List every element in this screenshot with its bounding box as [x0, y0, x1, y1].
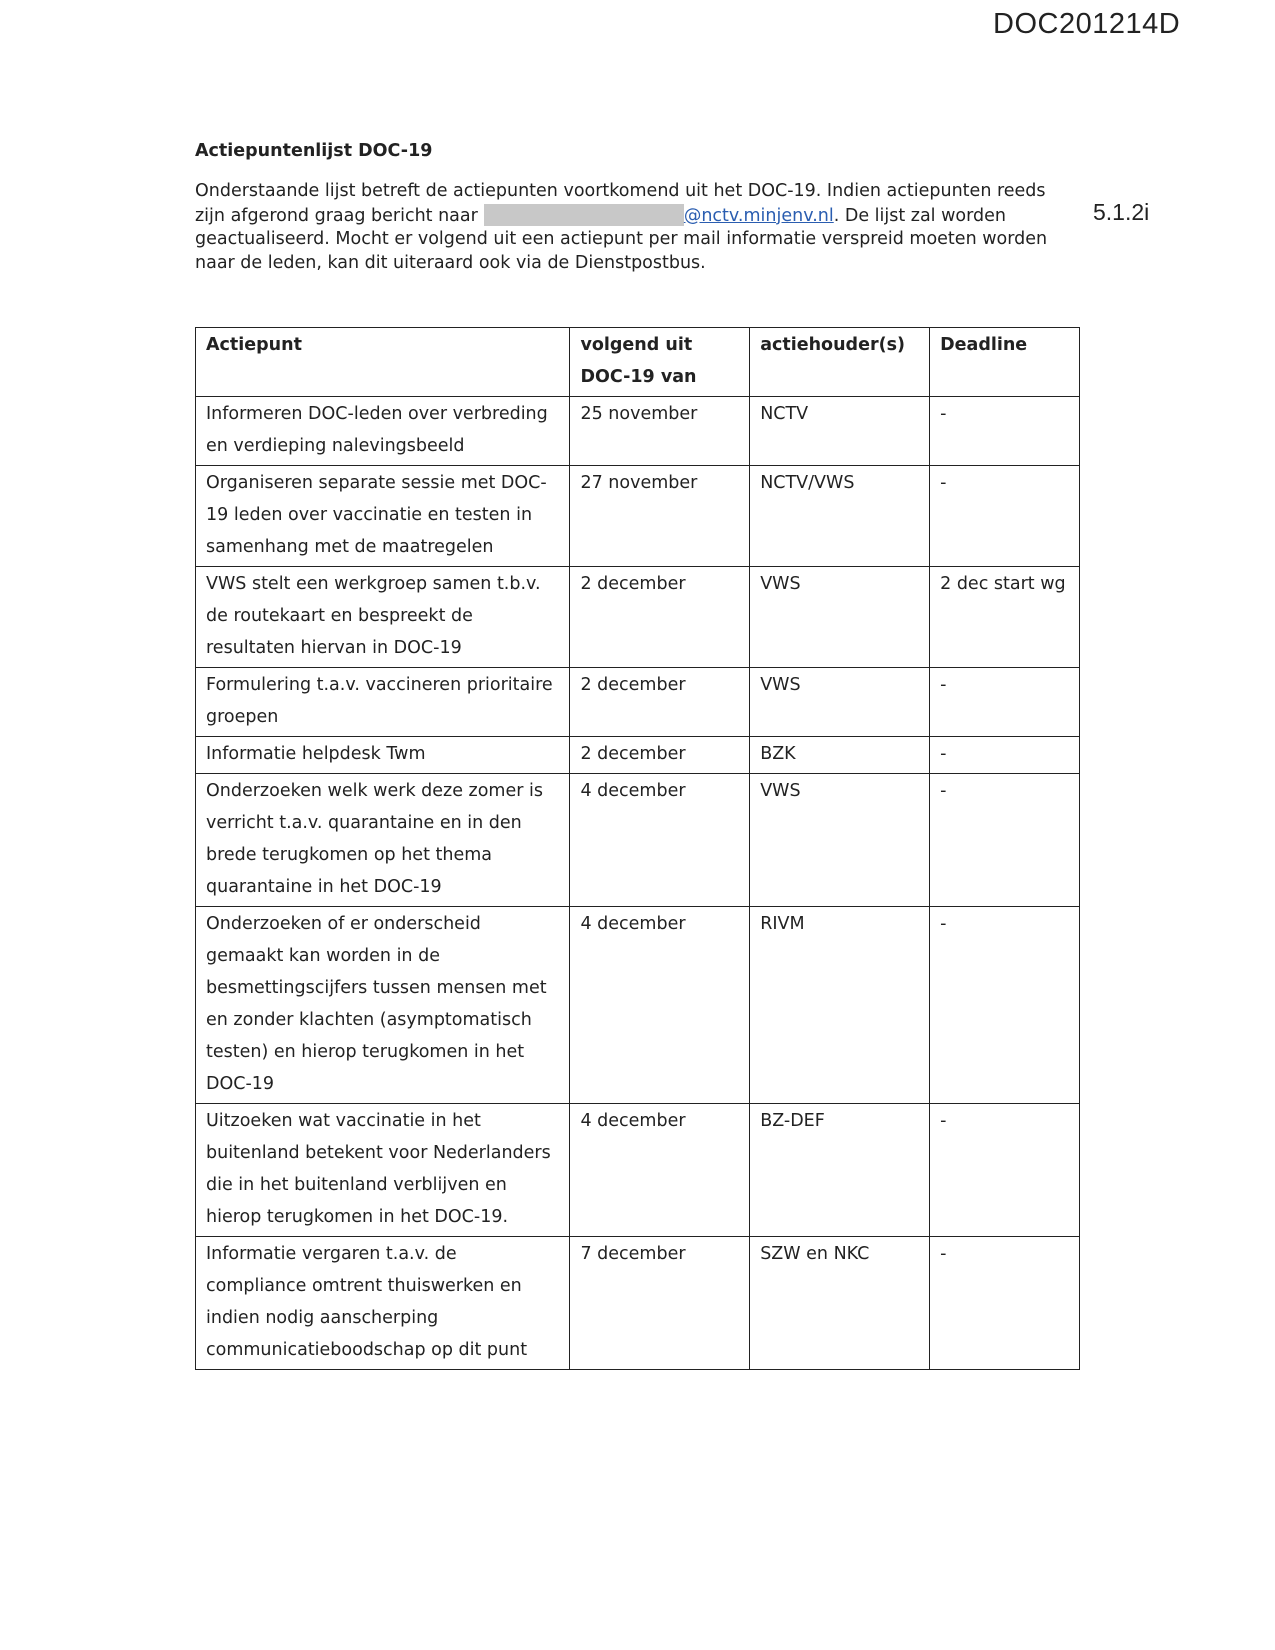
column-header-actiepunt: Actiepunt [196, 328, 570, 397]
cell-deadline: - [930, 668, 1080, 737]
cell-actiehouder: BZ-DEF [750, 1104, 930, 1237]
email-link[interactable]: @nctv.minjenv.nl [684, 206, 834, 226]
cell-actiepunt: Onderzoeken welk werk deze zomer is verr… [196, 774, 570, 907]
intro-text: . De lijst zal worden [834, 206, 1006, 226]
cell-actiepunt: Informatie helpdesk Twm [196, 737, 570, 774]
cell-actiepunt: Onderzoeken of er onderscheid gemaakt ka… [196, 907, 570, 1104]
cell-actiepunt: Informatie vergaren t.a.v. de compliance… [196, 1237, 570, 1370]
cell-actiepunt: Formulering t.a.v. vaccineren prioritair… [196, 668, 570, 737]
table-row: Informeren DOC-leden over verbreding en … [196, 397, 1080, 466]
cell-deadline: - [930, 737, 1080, 774]
cell-van: 2 december [570, 668, 750, 737]
intro-paragraph: Onderstaande lijst betreft de actiepunte… [195, 180, 1075, 275]
cell-deadline: - [930, 397, 1080, 466]
cell-actiepunt: Uitzoeken wat vaccinatie in het buitenla… [196, 1104, 570, 1237]
column-header-deadline: Deadline [930, 328, 1080, 397]
cell-actiepunt: Organiseren separate sessie met DOC-19 l… [196, 466, 570, 567]
intro-line: naar de leden, kan dit uiteraard ook via… [195, 252, 1075, 276]
cell-actiepunt: VWS stelt een werkgroep samen t.b.v. de … [196, 567, 570, 668]
column-header-actiehouder: actiehouder(s) [750, 328, 930, 397]
table-row: Informatie vergaren t.a.v. de compliance… [196, 1237, 1080, 1370]
table-row: Onderzoeken welk werk deze zomer is verr… [196, 774, 1080, 907]
cell-van: 7 december [570, 1237, 750, 1370]
cell-deadline: - [930, 774, 1080, 907]
cell-actiehouder: RIVM [750, 907, 930, 1104]
table-row: Informatie helpdesk Twm2 decemberBZK- [196, 737, 1080, 774]
redaction-code: 5.1.2i [1093, 199, 1149, 226]
cell-van: 4 december [570, 1104, 750, 1237]
cell-deadline: 2 dec start wg [930, 567, 1080, 668]
cell-actiehouder: VWS [750, 774, 930, 907]
intro-line: Onderstaande lijst betreft de actiepunte… [195, 180, 1075, 204]
cell-deadline: - [930, 1237, 1080, 1370]
cell-actiehouder: VWS [750, 567, 930, 668]
cell-actiehouder: VWS [750, 668, 930, 737]
table-row: Uitzoeken wat vaccinatie in het buitenla… [196, 1104, 1080, 1237]
table-row: Onderzoeken of er onderscheid gemaakt ka… [196, 907, 1080, 1104]
action-items-table: Actiepunt volgend uit DOC-19 van actieho… [195, 327, 1080, 1370]
cell-van: 25 november [570, 397, 750, 466]
intro-text: zijn afgerond graag bericht naar [195, 206, 478, 226]
cell-actiehouder: SZW en NKC [750, 1237, 930, 1370]
cell-van: 27 november [570, 466, 750, 567]
table-row: Formulering t.a.v. vaccineren prioritair… [196, 668, 1080, 737]
document-id: DOC201214D [993, 8, 1180, 41]
cell-actiehouder: NCTV/VWS [750, 466, 930, 567]
table-row: VWS stelt een werkgroep samen t.b.v. de … [196, 567, 1080, 668]
cell-deadline: - [930, 466, 1080, 567]
table-row: Organiseren separate sessie met DOC-19 l… [196, 466, 1080, 567]
cell-van: 2 december [570, 567, 750, 668]
cell-deadline: - [930, 1104, 1080, 1237]
cell-actiehouder: NCTV [750, 397, 930, 466]
table-header-row: Actiepunt volgend uit DOC-19 van actieho… [196, 328, 1080, 397]
cell-van: 4 december [570, 774, 750, 907]
redacted-block [484, 204, 684, 226]
cell-van: 2 december [570, 737, 750, 774]
cell-actiepunt: Informeren DOC-leden over verbreding en … [196, 397, 570, 466]
intro-line: zijn afgerond graag bericht naar@nctv.mi… [195, 204, 1075, 229]
column-header-van: volgend uit DOC-19 van [570, 328, 750, 397]
cell-deadline: - [930, 907, 1080, 1104]
page-title: Actiepuntenlijst DOC-19 [195, 141, 432, 161]
intro-line: geactualiseerd. Mocht er volgend uit een… [195, 228, 1075, 252]
cell-actiehouder: BZK [750, 737, 930, 774]
cell-van: 4 december [570, 907, 750, 1104]
